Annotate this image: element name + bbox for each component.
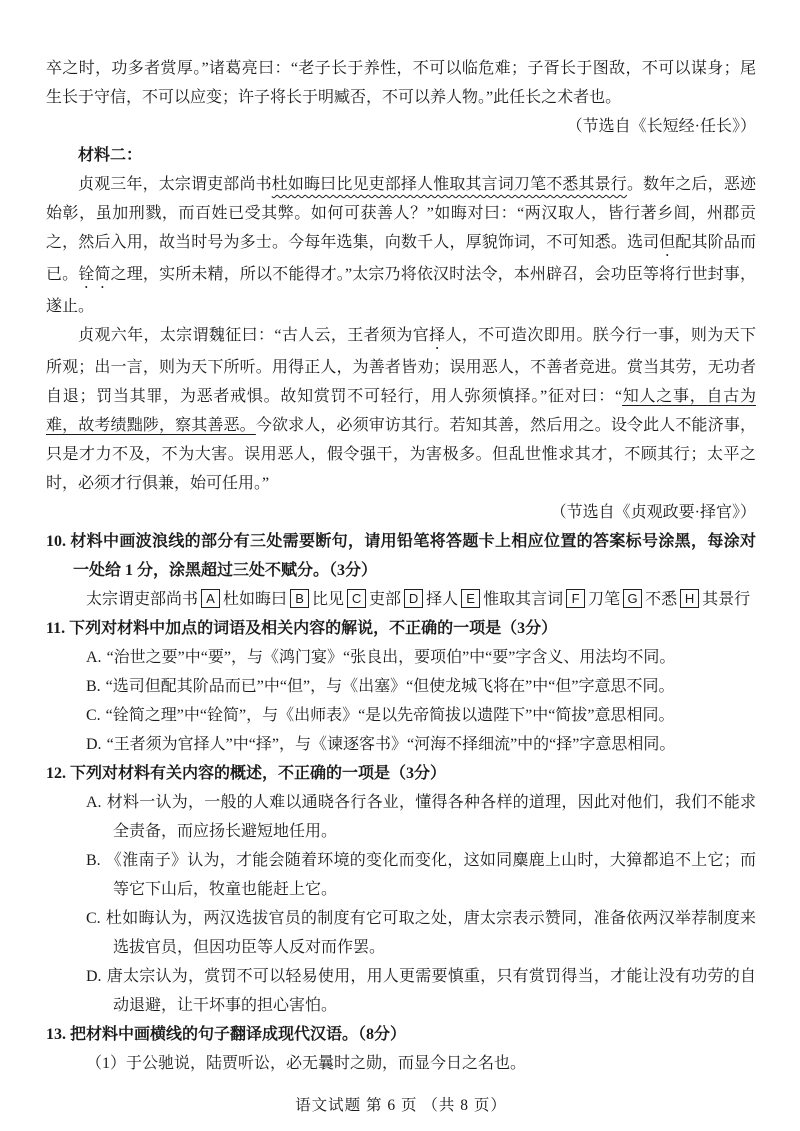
answer-box-b: B <box>290 589 309 608</box>
option-label: A. <box>86 649 102 666</box>
question-12-stem: 12.下列对材料有关内容的概述，不正确的一项是（3分） <box>46 759 756 788</box>
question-11-option-b: B.“选司但配其阶品而已”中“但”，与《出塞》“但使龙城飞将在”中“但”字意思不… <box>86 672 756 701</box>
q10-segment: 其景行 <box>702 591 750 608</box>
q10-segment: 吏部 <box>369 591 401 608</box>
answer-box-f: F <box>566 589 585 608</box>
question-10-sentence: 太宗谓吏部尚书A杜如晦曰B比见C吏部D择人E惟取其言词F刀笔G不悉H其景行 <box>86 585 756 614</box>
question-12-option-d: D.唐太宗认为，赏罚不可以轻易使用，用人更需要慎重，只有赏罚得当，才能让没有功劳… <box>86 962 756 1020</box>
q10-segment: 惟取其言词 <box>483 591 563 608</box>
question-11-option-d: D.“王者须为官择人”中“择”，与《谏逐客书》“河海不择细流”中的“择”字意思相… <box>86 730 756 759</box>
option-label: C. <box>86 707 101 724</box>
material2-paragraph-1: 贞观三年，太宗谓吏部尚书杜如晦曰比见吏部择人惟取其言词刀笔不悉其景行。数年之后，… <box>46 170 756 321</box>
material1-source: （节选自《长短经·任长》） <box>46 112 756 141</box>
material2-heading: 材料二： <box>46 141 756 170</box>
option-text: 《淮南子》认为，才能会随着环境的变化而变化，这如同麋鹿上山时，大獐都追不上它；而… <box>106 852 756 898</box>
p1-dotted-word: 铨简 <box>78 266 110 283</box>
question-11-text: 下列对材料中加点的词语及相关内容的解说，不正确的一项是（3分） <box>69 620 557 637</box>
option-label: B. <box>86 678 101 695</box>
p2-text: 贞观六年，太宗谓魏征曰：“古人云，王者须为官 <box>78 327 429 344</box>
q10-segment: 杜如晦曰 <box>223 591 287 608</box>
material1-tail-text: 卒之时，功多者赏厚。”诸葛亮曰：“老子长于养性，不可以临危难；子胥长于图敌，不可… <box>46 60 756 106</box>
option-text: “王者须为官择人”中“择”，与《谏逐客书》“河海不择细流”中的“择”字意思相同。 <box>107 736 676 753</box>
question-13-number: 13. <box>46 1026 66 1043</box>
q10-segment: 比见 <box>312 591 344 608</box>
p1-text: 之理，实所未精，所以不能得才。”太宗乃将依汉时法令，本州辟召，会功臣等将行世封事… <box>46 266 756 315</box>
answer-box-e: E <box>461 589 480 608</box>
material2-source: （节选自《贞观政要·择官》） <box>46 498 756 527</box>
answer-box-a: A <box>201 589 220 608</box>
question-10-stem: 10.材料中画波浪线的部分有三处需要断句，请用铅笔将答题卡上相应位置的答案标号涂… <box>46 527 756 585</box>
q10-segment: 刀笔 <box>588 591 620 608</box>
option-text: 杜如晦认为，两汉选拔官员的制度有它可取之处，唐太宗表示赞同，准备依两汉举荐制度来… <box>106 910 756 956</box>
answer-box-c: C <box>347 589 366 608</box>
question-11-option-a: A.“治世之要”中“要”，与《鸿门宴》“张良出，要项伯”中“要”字含义、用法均不… <box>86 643 756 672</box>
answer-box-h: H <box>680 589 699 608</box>
option-label: A. <box>86 794 102 811</box>
option-label: D. <box>86 968 102 985</box>
question-10-text: 材料中画波浪线的部分有三处需要断句，请用铅笔将答题卡上相应位置的答案标号涂黑，每… <box>70 533 756 579</box>
question-13-sub-1: （1）于公驰说，陆贾听讼，必无曩时之勋，而显今日之名也。 <box>86 1049 756 1078</box>
q10-segment: 太宗谓吏部尚书 <box>86 591 198 608</box>
option-text: 唐太宗认为，赏罚不可以轻易使用，用人更需要慎重，只有赏罚得当，才能让没有功劳的自… <box>107 968 756 1014</box>
page-footer: 语文试题 第 6 页 （共 8 页） <box>46 1091 756 1120</box>
p2-dotted-word: 择 <box>429 327 445 344</box>
option-text: “铨简之理”中“铨简”，与《出师表》“是以先帝简拔以遗陛下”中“简拔”意思相同。 <box>106 707 675 724</box>
p1-dotted-word: 但 <box>659 234 675 251</box>
exam-page: 卒之时，功多者赏厚。”诸葛亮曰：“老子长于养性，不可以临危难；子胥长于图敌，不可… <box>0 0 800 1131</box>
option-text: 材料一认为，一般的人难以通晓各行各业，懂得各种各样的道理，因此对他们，我们不能求… <box>107 794 756 840</box>
q10-segment: 不悉 <box>645 591 677 608</box>
question-12-option-b: B.《淮南子》认为，才能会随着环境的变化而变化，这如同麋鹿上山时，大獐都追不上它… <box>86 846 756 904</box>
question-11-stem: 11.下列对材料中加点的词语及相关内容的解说，不正确的一项是（3分） <box>46 614 756 643</box>
question-13-stem: 13.把材料中画横线的句子翻译成现代汉语。（8分） <box>46 1020 756 1049</box>
p1-text: 贞观三年，太宗谓吏部尚书 <box>78 176 272 193</box>
option-label: C. <box>86 910 101 927</box>
option-label: B. <box>86 852 101 869</box>
answer-box-d: D <box>404 589 423 608</box>
p1-wavy-underlined-text: 杜如晦曰比见吏部择人惟取其言词刀笔不悉其景行 <box>272 176 627 193</box>
question-11-option-c: C.“铨简之理”中“铨简”，与《出师表》“是以先帝简拔以遗陛下”中“简拔”意思相… <box>86 701 756 730</box>
question-10-number: 10. <box>46 533 66 550</box>
option-label: D. <box>86 736 102 753</box>
question-11-number: 11. <box>46 620 65 637</box>
question-12-option-a: A.材料一认为，一般的人难以通晓各行各业，懂得各种各样的道理，因此对他们，我们不… <box>86 788 756 846</box>
option-text: “治世之要”中“要”，与《鸿门宴》“张良出，要项伯”中“要”字含义、用法均不同。 <box>107 649 676 666</box>
q10-segment: 择人 <box>426 591 458 608</box>
option-text: “选司但配其阶品而已”中“但”，与《出塞》“但使龙城飞将在”中“但”字意思不同。 <box>106 678 675 695</box>
question-13-text: 把材料中画横线的句子翻译成现代汉语。（8分） <box>70 1026 406 1043</box>
material1-tail-paragraph: 卒之时，功多者赏厚。”诸葛亮曰：“老子长于养性，不可以临危难；子胥长于图敌，不可… <box>46 54 756 112</box>
question-12-text: 下列对材料有关内容的概述，不正确的一项是（3分） <box>70 765 446 782</box>
question-12-number: 12. <box>46 765 66 782</box>
question-12-option-c: C.杜如晦认为，两汉选拔官员的制度有它可取之处，唐太宗表示赞同，准备依两汉举荐制… <box>86 904 756 962</box>
material2-paragraph-2: 贞观六年，太宗谓魏征曰：“古人云，王者须为官择人，不可造次即用。朕今行一事，则为… <box>46 321 756 498</box>
answer-box-g: G <box>623 589 642 608</box>
